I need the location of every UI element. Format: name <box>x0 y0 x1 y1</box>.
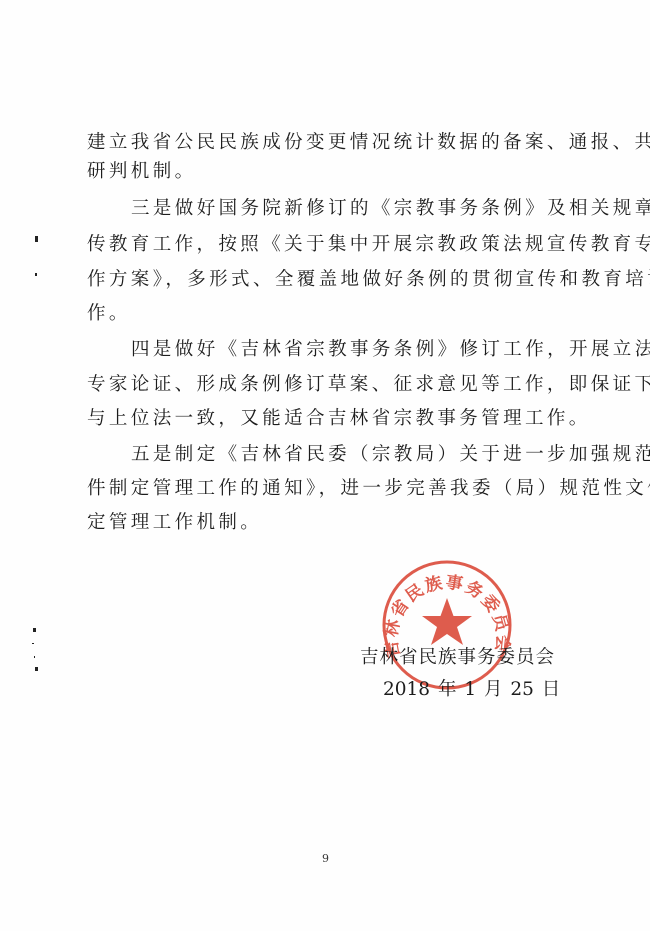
margin-mark <box>33 628 36 632</box>
text-line: 三是做好国务院新修订的《宗教事务条例》及相关规章的宣 <box>131 197 621 221</box>
text-line: 研判机制。 <box>87 160 577 184</box>
text-line: 与上位法一致，又能适合吉林省宗教事务管理工作。 <box>87 407 577 431</box>
text-line: 五是制定《吉林省民委（宗教局）关于进一步加强规范性文 <box>131 443 621 467</box>
text-line: 建立我省公民民族成份变更情况统计数据的备案、通报、共享、 <box>87 131 577 155</box>
document-page: 建立我省公民民族成份变更情况统计数据的备案、通报、共享、 研判机制。 三是做好国… <box>0 0 650 931</box>
text-line: 传教育工作，按照《关于集中开展宗教政策法规宣传教育专项工 <box>87 233 577 257</box>
text-line: 件制定管理工作的通知》，进一步完善我委（局）规范性文件制 <box>87 477 577 501</box>
text-line: 作。 <box>87 302 577 326</box>
page-number: 9 <box>322 852 329 865</box>
text-line: 定管理工作机制。 <box>87 511 577 535</box>
signature-date: 2018 年 1 月 25 日 <box>383 678 560 702</box>
margin-mark <box>35 236 38 242</box>
signature-organization: 吉林省民族事务委员会 <box>360 646 555 670</box>
text-line: 四是做好《吉林省宗教事务条例》修订工作，开展立法调研、 <box>131 338 621 362</box>
margin-mark <box>32 643 34 644</box>
text-line: 作方案》，多形式、全覆盖地做好条例的贯彻宣传和教育培训工 <box>87 268 577 292</box>
margin-mark <box>34 656 35 658</box>
official-seal-icon: 吉林省民族事务委员会 <box>380 558 514 692</box>
text-line: 专家论证、形成条例修订草案、征求意见等工作，即保证下位法 <box>87 373 577 397</box>
margin-mark <box>35 273 37 276</box>
margin-mark <box>35 667 38 671</box>
